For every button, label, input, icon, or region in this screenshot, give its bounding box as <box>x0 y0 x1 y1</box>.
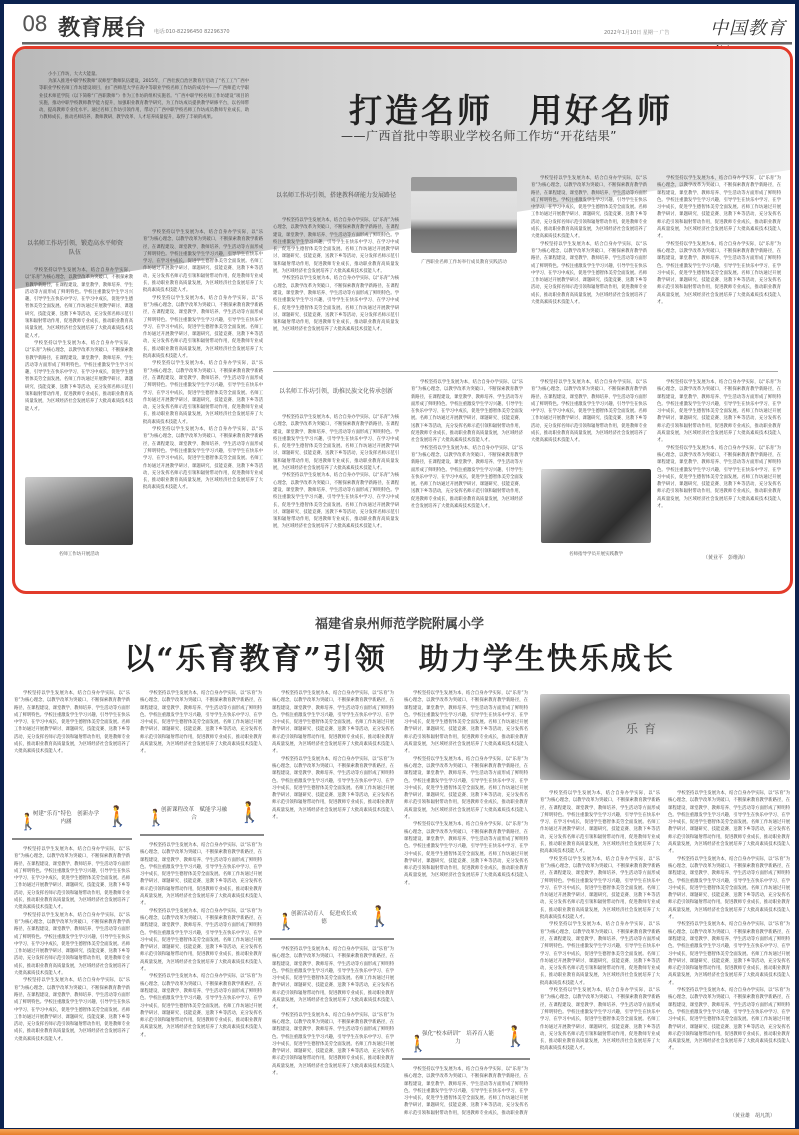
article-intro: 小小工作坊，大大大能量。 为深入推进中职学校教师“双师型”教师队伍建设，2015… <box>39 71 249 121</box>
workshop-photo <box>25 477 133 545</box>
contact-line: 电话:010-82296450 82296370 <box>154 28 230 35</box>
article-column: 学校坚持以学生发展为本，结合自身办学实际，以“乐育”为核心理念，以教学改革为突破… <box>404 690 528 1015</box>
badge-text: 强化“校本研训” 培养育人能力 <box>422 1030 494 1046</box>
adult-walking-icon: 🚶 <box>503 1024 528 1048</box>
top-subheadline: ——广西首批中等职业学校名师工作坊“开花结果” <box>341 127 617 144</box>
article-column: 学校坚持以学生发展为本，结合自身办学实际，以“乐育”为核心理念，以教学改革为突破… <box>25 267 133 475</box>
group-photo <box>411 177 517 253</box>
section-badge: 🚶 树建“乐育”特色 创新办学内涵 🚶 <box>12 804 132 840</box>
adult-walking-icon: 🚶 <box>237 800 262 824</box>
badge-text: 创新课程改革 赋能学习融合 <box>160 806 228 822</box>
article-column: 学校坚持以学生发展为本，结合自身办学实际，以“乐育”为核心理念，以教学改革为突破… <box>668 790 790 1108</box>
article-column: 学校坚持以学生发展为本，结合自身办学实际，以“乐育”为核心理念，以教学改革为突破… <box>272 690 394 900</box>
section-badge: 🚶 创新课程改革 赋能学习融合 🚶 <box>140 800 264 836</box>
section-divider <box>273 371 778 372</box>
date-line: 2022年1月10日 星期一 广告 <box>604 29 669 36</box>
article-column: 学校坚持以学生发展为本，结合自身办学实际，以“乐育”为核心理念，以教学改革为突破… <box>143 229 263 589</box>
byline: （黄业平 彭维海） <box>703 554 748 561</box>
section-badge: 🚶 强化“校本研训” 培养育人能力 🚶 <box>402 1024 530 1060</box>
section-subhead: 以名师工作坊引领，搭建教科研能力发展路径 <box>273 191 399 200</box>
badge-underline <box>140 834 264 836</box>
adult-walking-icon: 🚶 <box>367 904 392 928</box>
article-column: 学校坚持以学生发展为本，结合自身办学实际，以“乐育”为核心理念，以教学改革为突破… <box>531 379 647 459</box>
photo-caption: 名师工作坊开展活动 <box>25 551 133 557</box>
newspaper-page: 08 教育展台 电话:010-82296450 82296370 2022年1月… <box>4 4 795 1128</box>
section-subhead: 以名师工作坊引领，锻造高水平师资队伍 <box>25 239 125 257</box>
article-column: 学校坚持以学生发展为本，结合自身办学实际，以“乐育”为核心理念，以教学改革为突破… <box>540 790 660 1116</box>
top-article-frame: 小小工作坊，大大大能量。 为深入推进中职学校教师“双师型”教师队伍建设，2015… <box>12 46 793 594</box>
stone-inscription: 乐育 <box>626 720 662 737</box>
article-column: 学校坚持以学生发展为本，结合自身办学实际，以“乐育”为核心理念，以教学改革为突破… <box>657 175 781 365</box>
masthead: 08 教育展台 电话:010-82296450 82296370 2022年1月… <box>14 10 789 40</box>
article-column: 学校坚持以学生发展为本，结合自身办学实际，以“乐育”为核心理念，以教学改革为突破… <box>140 842 262 1116</box>
badge-text: 树建“乐育”特色 创新办学内涵 <box>32 810 100 826</box>
article-column: 学校坚持以学生发展为本，结合自身办学实际，以“乐育”为核心理念，以教学改革为突破… <box>273 414 399 589</box>
article-column: 学校坚持以学生发展为本，结合自身办学实际，以“乐育”为核心理念，以教学改革为突破… <box>272 946 394 1116</box>
article-column: 学校坚持以学生发展为本，结合自身办学实际，以“乐育”为核心理念，以教学改革为突破… <box>14 846 130 1116</box>
badge-underline <box>270 938 394 940</box>
article-column: 学校坚持以学生发展为本，结合自身办学实际，以“乐育”为核心理念，以教学改革为突破… <box>140 690 262 798</box>
photo-caption: 广西职业名师工作坊举行成员教育实践活动 <box>411 259 517 265</box>
page-number: 08 <box>22 12 47 36</box>
top-headline: 打造名师 用好名师 <box>349 85 673 132</box>
badge-underline <box>12 838 132 840</box>
article-column: 学校坚持以学生发展为本，结合自身办学实际，以“乐育”为核心理念，以教学改革为突破… <box>657 379 781 544</box>
badge-text: 创新活动育人 促进成长成德 <box>290 910 358 926</box>
article-column: 学校坚持以学生发展为本，结合自身办学实际，以“乐育”为核心理念，以教学改革为突破… <box>411 379 523 589</box>
bottom-strip <box>0 1129 799 1135</box>
article-column: 学校坚持以学生发展为本，结合自身办学实际，以“乐育”为核心理念，以教学改革为突破… <box>404 1066 528 1116</box>
bottom-headline: 以“乐育教育”引领 助力学生快乐成长 <box>4 634 795 678</box>
article-column: 学校坚持以学生发展为本，结合自身办学实际，以“乐育”为核心理念，以教学改革为突破… <box>14 690 130 800</box>
badge-underline <box>402 1058 530 1060</box>
article-column: 学校坚持以学生发展为本，结合自身办学实际，以“乐育”为核心理念，以教学改革为突破… <box>531 175 647 367</box>
practice-photo <box>541 469 651 543</box>
masthead-rule <box>22 42 792 45</box>
byline: （黄业雄 胡凡凯） <box>730 1112 775 1119</box>
section-badge: 🚶 创新活动育人 促进成长成德 🚶 <box>270 904 394 940</box>
article-column: 学校坚持以学生发展为本，结合自身办学实际，以“乐育”为核心理念，以教学改革为突破… <box>273 217 399 367</box>
section-subhead: 以名师工作坊引领，助推民族文化传承创新 <box>273 387 399 396</box>
adult-walking-icon: 🚶 <box>105 804 130 828</box>
section-title: 教育展台 <box>58 11 146 42</box>
bottom-kicker: 福建省泉州师范学院附属小学 <box>4 613 795 632</box>
photo-caption: 名师指导学员开展实践教学 <box>541 551 651 557</box>
culture-stone-photo: 乐育 <box>540 694 790 780</box>
